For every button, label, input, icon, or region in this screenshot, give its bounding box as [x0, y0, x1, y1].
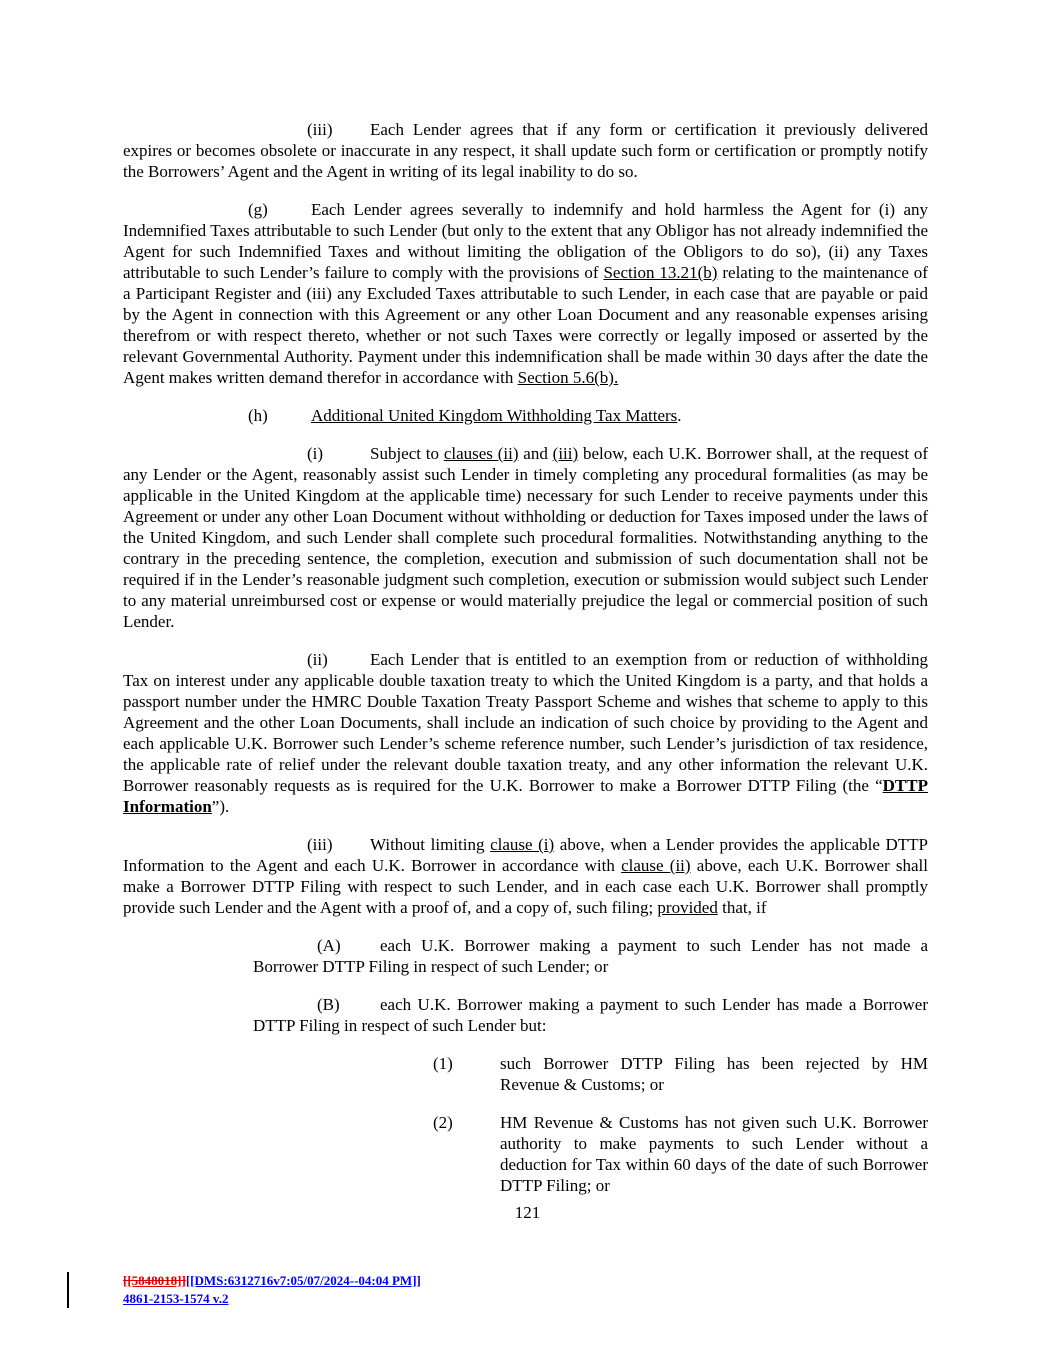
text-run: clause (ii)	[621, 856, 690, 875]
document-footer: [[5848018]][[DMS:6312716v7:05/07/2024--0…	[123, 1272, 421, 1308]
footer-deleted-doc-number: [[5848018]]	[123, 1273, 186, 1288]
text-run: .	[677, 406, 681, 425]
paragraph: (1)such Borrower DTTP Filing has been re…	[433, 1053, 928, 1095]
text-run: Section 5.6(b).	[518, 368, 619, 387]
text-run: provided	[657, 898, 717, 917]
clause-label: (h)	[248, 405, 311, 426]
clause-label: (2)	[433, 1112, 500, 1133]
footer-line-1: [[5848018]][[DMS:6312716v7:05/07/2024--0…	[123, 1272, 421, 1290]
clause-label: (ii)	[307, 649, 370, 670]
text-run: Without limiting	[370, 835, 490, 854]
document-body: (iii)Each Lender agrees that if any form…	[123, 119, 928, 1213]
paragraph: (ii)Each Lender that is entitled to an e…	[123, 649, 928, 817]
paragraph: (i)Subject to clauses (ii) and (iii) bel…	[123, 443, 928, 632]
text-run: Section 13.21(b)	[603, 263, 717, 282]
clause-label: (iii)	[307, 119, 370, 140]
footer-line-2: 4861-2153-1574 v.2	[123, 1290, 421, 1308]
clause-label: (B)	[317, 994, 380, 1015]
text-run: clause (i)	[490, 835, 554, 854]
text-run: below, each U.K. Borrower shall, at the …	[123, 444, 928, 631]
page-number: 121	[0, 1202, 1055, 1223]
text-run: clauses (ii)	[444, 444, 519, 463]
text-run: Each Lender agrees that if any form or c…	[123, 120, 928, 181]
text-run: Additional United Kingdom Withholding Ta…	[311, 406, 677, 425]
text-run: ”).	[212, 797, 229, 816]
text-run: Subject to	[370, 444, 444, 463]
paragraph: (2)HM Revenue & Customs has not given su…	[433, 1112, 928, 1196]
revision-change-bar	[67, 1272, 69, 1308]
clause-label: (1)	[433, 1053, 500, 1074]
text-run: Each Lender that is entitled to an exemp…	[123, 650, 928, 795]
text-run: such Borrower DTTP Filing has been rejec…	[500, 1054, 928, 1094]
paragraph: (iii)Without limiting clause (i) above, …	[123, 834, 928, 918]
paragraph: (B)each U.K. Borrower making a payment t…	[253, 994, 928, 1036]
clause-label: (iii)	[307, 834, 370, 855]
text-run: HM Revenue & Customs has not given such …	[500, 1113, 928, 1195]
text-run: and	[519, 444, 553, 463]
text-run: (iii)	[553, 444, 579, 463]
clause-label: (A)	[317, 935, 380, 956]
footer-dms-stamp: [[DMS:6312716v7:05/07/2024--04:04 PM]]	[186, 1273, 421, 1288]
document-page: (iii)Each Lender agrees that if any form…	[0, 0, 1055, 1365]
paragraph: (iii)Each Lender agrees that if any form…	[123, 119, 928, 182]
footer-document-id: 4861-2153-1574 v.2	[123, 1291, 228, 1306]
paragraph: (h)Additional United Kingdom Withholding…	[123, 405, 928, 426]
clause-label: (g)	[248, 199, 311, 220]
paragraph: (g)Each Lender agrees severally to indem…	[123, 199, 928, 388]
clause-label: (i)	[307, 443, 370, 464]
paragraph: (A)each U.K. Borrower making a payment t…	[253, 935, 928, 977]
text-run: that, if	[718, 898, 767, 917]
